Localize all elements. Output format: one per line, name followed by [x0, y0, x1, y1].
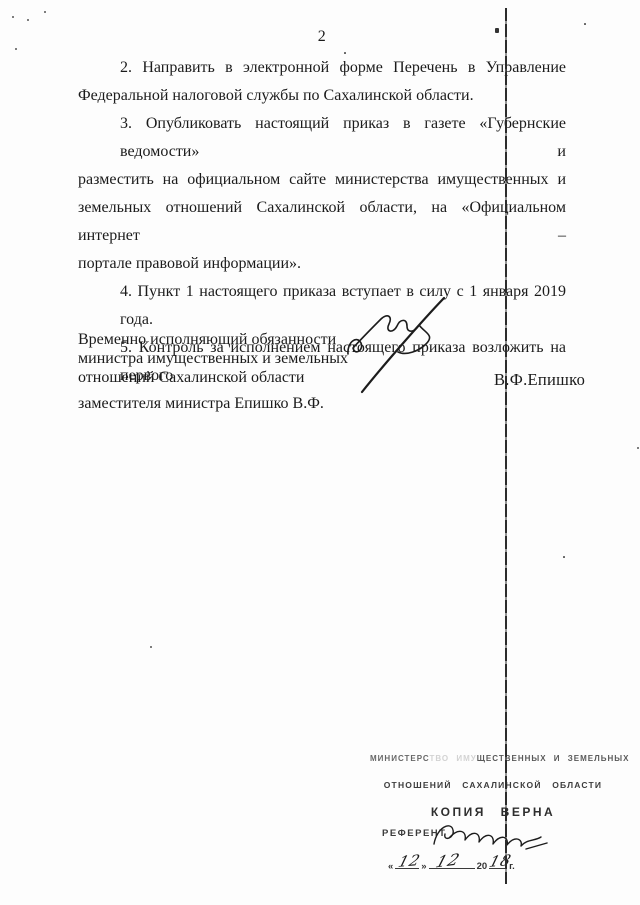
stamp-date-day-handwritten: 12 [397, 851, 424, 871]
signer-name: В.Ф.Епишко [494, 370, 585, 390]
signer-position: Временно исполняющий обязанности министр… [78, 330, 378, 387]
paragraph-4-line: 4. Пункт 1 настоящего приказа вступает в… [78, 278, 566, 334]
paragraph-3-line: портале правовой информации». [78, 250, 566, 278]
page-number: 2 [78, 28, 566, 46]
certification-stamp: МИНИСТЕРСТВО ИМУЩЕСТВЕННЫХ И ЗЕМЕЛЬНЫХ О… [370, 748, 616, 900]
scan-speck [27, 19, 29, 21]
stamp-org-line1-part: ЩЕСТВЕННЫХ И ЗЕМЕЛЬНЫХ [477, 754, 630, 763]
paragraph-2-line: Федеральной налоговой службы по Сахалинс… [78, 82, 566, 110]
stamp-org-line1: МИНИСТЕРСТВО ИМУЩЕСТВЕННЫХ И ЗЕМЕЛЬНЫХ [370, 754, 616, 763]
scan-speck [15, 48, 17, 50]
signer-position-line: отношений Сахалинской области [78, 368, 378, 387]
signer-position-line: Временно исполняющий обязанности [78, 330, 378, 349]
scan-speck [12, 16, 14, 18]
stamp-org-line1-part: МИНИСТЕРС [370, 754, 429, 763]
scan-speck [563, 556, 565, 558]
scan-speck [44, 11, 46, 13]
paragraph-3-line: 3. Опубликовать настоящий приказ в газет… [78, 110, 566, 166]
paragraph-5-line: заместителя министра Епишко В.Ф. [78, 390, 566, 418]
stamp-date-month-blank: 12 [429, 855, 475, 869]
paragraph-3-line: земельных отношений Сахалинской области,… [78, 194, 566, 250]
signer-position-line: министра имущественных и земельных [78, 349, 378, 368]
document-page: 2 2. Направить в электронной форме Переч… [0, 0, 640, 905]
fold-line [505, 8, 507, 884]
minister-signature-scribble [336, 292, 464, 397]
scan-speck [637, 447, 639, 449]
scan-speck [150, 646, 152, 648]
stamp-date-day-blank: 12 [395, 855, 419, 869]
stamp-org-line2: ОТНОШЕНИЙ САХАЛИНСКОЙ ОБЛАСТИ [370, 780, 616, 790]
stamp-date-row: «12»122018г. [370, 855, 634, 872]
stamp-role-row: РЕФЕРЕНТ [370, 828, 628, 839]
paragraph-3-line: разместить на официальном сайте министер… [78, 166, 566, 194]
quote-close: » [421, 861, 426, 872]
stamp-org-line1-part: ТВО ИМУ [429, 754, 476, 763]
referent-signature-scribble [428, 814, 553, 856]
quote-open: « [388, 861, 393, 872]
stamp-date-year-prefix: 20 [477, 861, 488, 872]
scan-speck [584, 23, 586, 25]
paragraph-2-line: 2. Направить в электронной форме Перечен… [78, 54, 566, 82]
